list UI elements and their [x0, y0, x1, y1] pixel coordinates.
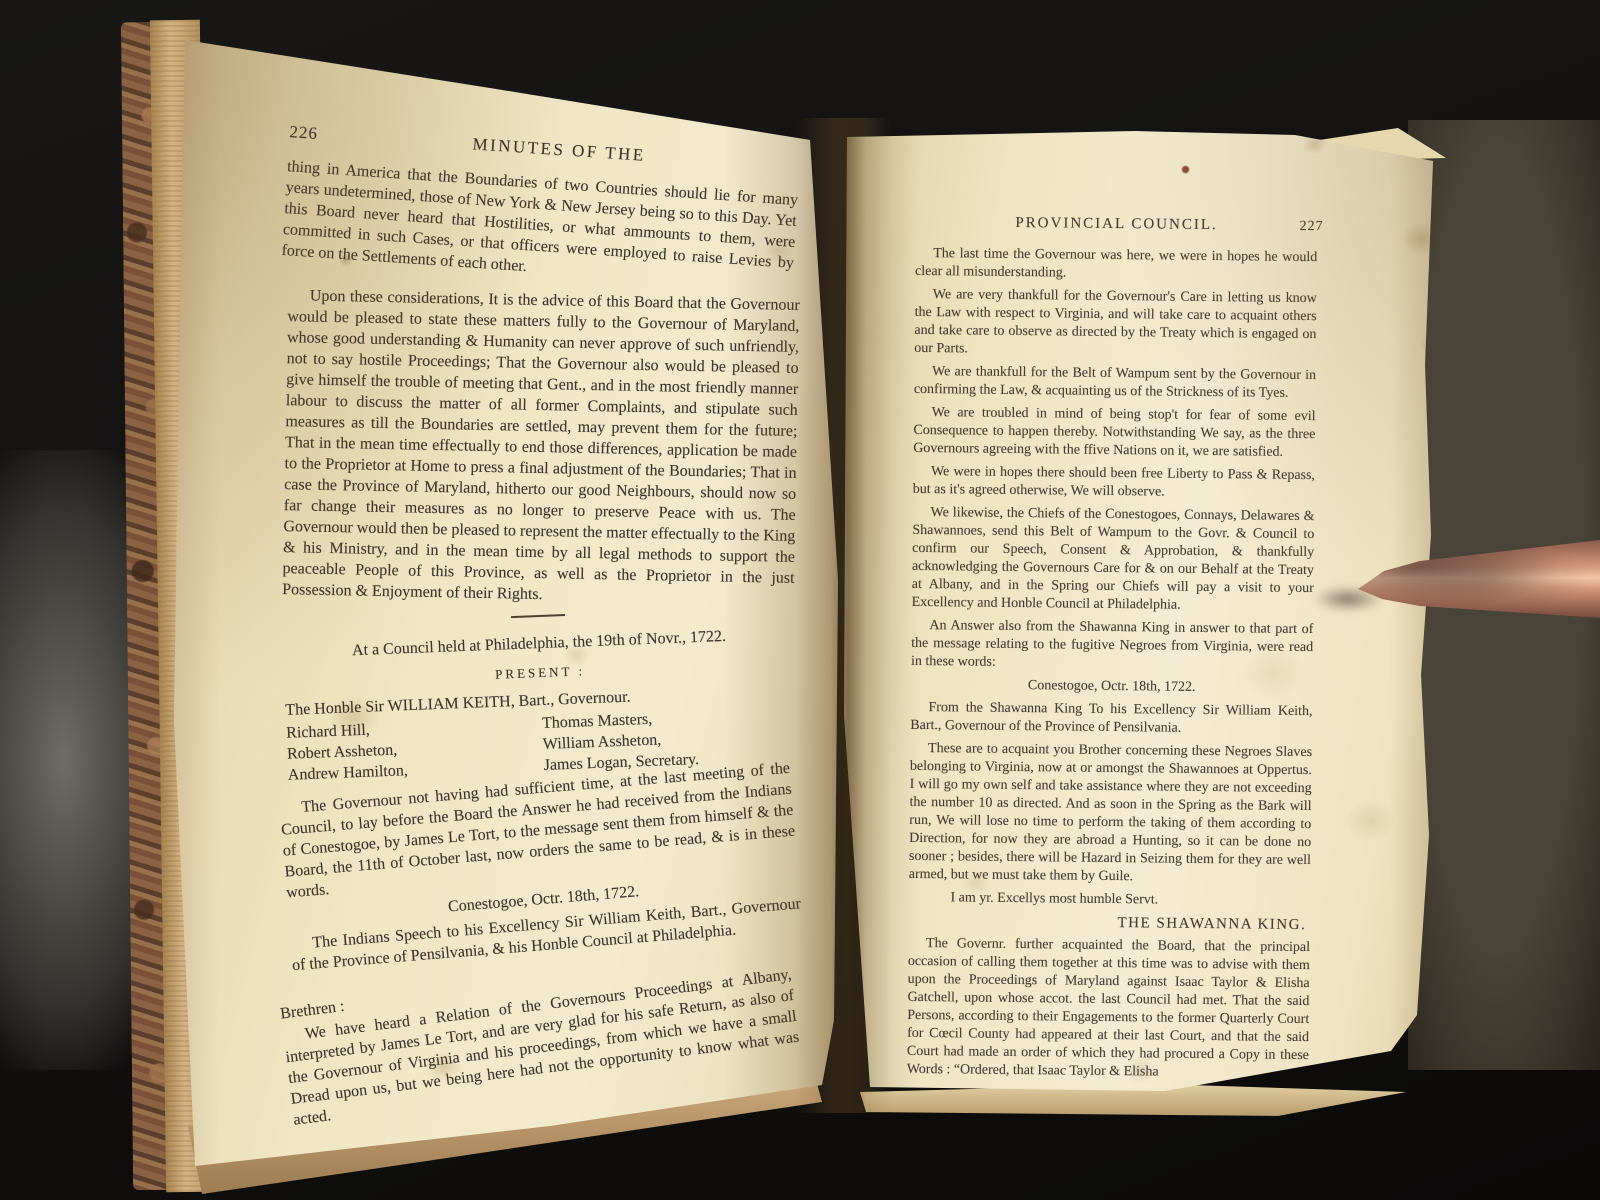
page-number-left: 226 — [289, 121, 319, 144]
signoff-line: I am yr. Excellys most humble Servt. — [908, 889, 1310, 911]
running-title-right: PROVINCIAL COUNCIL. — [1015, 215, 1218, 233]
left-page-text: 226 MINUTES OF THE thing in America that… — [285, 138, 797, 1106]
right-page: PROVINCIAL COUNCIL. 227 The last time th… — [835, 115, 1445, 1125]
book-photograph: 226 MINUTES OF THE thing in America that… — [0, 0, 1600, 1200]
foxing-stain — [1335, 791, 1407, 851]
paragraph: We likewise, the Chiefs of the Conestogo… — [912, 504, 1315, 616]
signature-line: THE SHAWANNA KING. — [908, 912, 1310, 934]
section-divider — [511, 614, 565, 618]
paragraph: An Answer also from the Shawanna King in… — [911, 617, 1314, 675]
paragraph: From the Shawanna King To his Excellency… — [910, 699, 1312, 739]
foxing-stain — [1297, 129, 1333, 159]
right-page-text: PROVINCIAL COUNCIL. 227 The last time th… — [906, 213, 1317, 1113]
foxing-stain — [1181, 165, 1190, 174]
paragraph: We are thankfull for the Belt of Wampum … — [914, 363, 1316, 403]
paragraph: Upon these considerations, It is the adv… — [282, 285, 800, 610]
paragraph: We were in hopes there should been free … — [913, 463, 1315, 503]
page-number-right: 227 — [1299, 218, 1323, 236]
paragraph: These are to acquaint you Brother concer… — [909, 740, 1312, 888]
running-header-right: PROVINCIAL COUNCIL. 227 — [916, 213, 1318, 235]
left-page: 226 MINUTES OF THE thing in America that… — [150, 20, 850, 1180]
paragraph: The last time the Governour was here, we… — [915, 245, 1317, 285]
paragraph: thing in America that the Boundaries of … — [281, 156, 799, 295]
dateline: Conestogoe, Octr. 18th, 1722. — [911, 676, 1313, 698]
paragraph: The Governr. further acquainted the Boar… — [907, 935, 1310, 1083]
paragraph: We are troubled in mind of being stop't … — [913, 404, 1316, 462]
paragraph: We are very thankfull for the Governour'… — [914, 286, 1317, 362]
